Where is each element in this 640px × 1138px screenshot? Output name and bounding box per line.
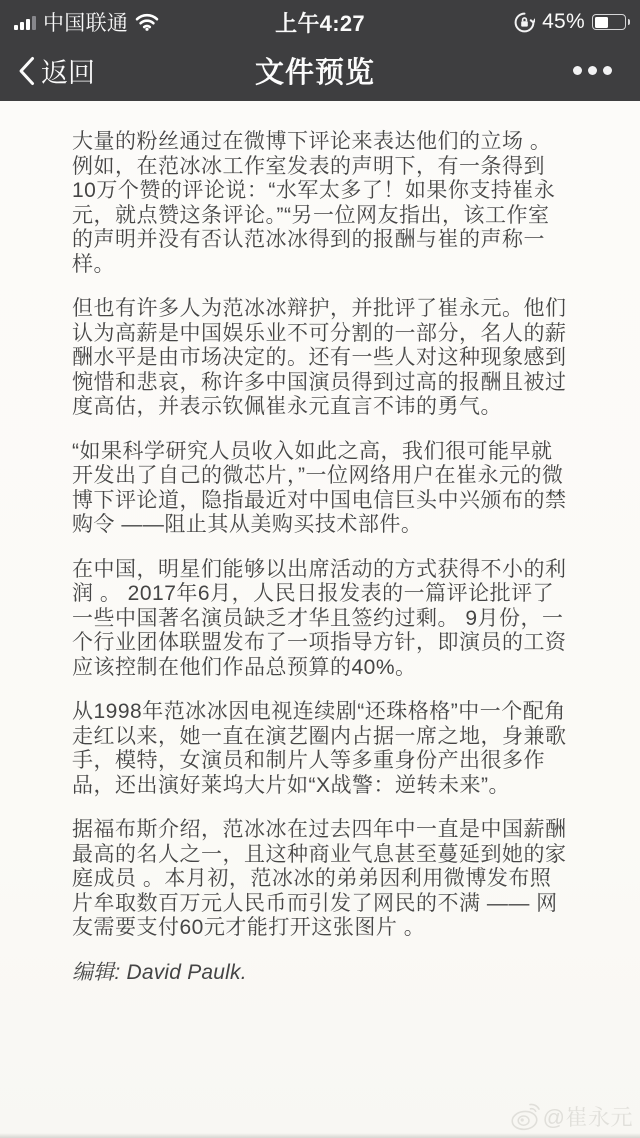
battery-percent-label: 45% [542,10,585,34]
cellular-signal-icon [14,15,36,30]
wifi-icon [135,13,159,31]
screen: 中国联通 上午4:27 45% [0,0,640,1138]
rotation-lock-icon [514,12,535,33]
document-paragraph: 据福布斯介绍，范冰冰在过去四年中一直是中国薪酬最高的名人之一，且这种商业气息甚至… [72,818,568,941]
carrier-label: 中国联通 [43,7,128,37]
chevron-left-icon [18,56,35,86]
back-button[interactable]: 返回 [18,51,255,90]
more-dots-icon [573,66,582,75]
nav-bar: 返回 文件预览 [0,40,640,101]
more-button[interactable] [375,66,622,75]
editor-credit-line: 编辑: David Paulk. [72,961,568,986]
document-paragraph: “如果科学研究人员收入如此之高，我们很可能早就开发出了自己的微芯片，”一位网络用… [72,440,568,538]
status-bar-right: 45% [365,10,626,34]
document-paragraph: 大量的粉丝通过在微博下评论来表达他们的立场 。例如，在范冰冰工作室发表的声明下，… [72,130,568,277]
document-paragraph: 在中国，明星们能够以出席活动的方式获得不小的利润 。 2017年6月，人民日报发… [72,558,568,681]
photo-bottom-edge [0,1133,640,1138]
status-bar-left: 中国联通 [14,7,275,37]
app-header: 中国联通 上午4:27 45% [0,0,640,101]
status-bar: 中国联通 上午4:27 45% [0,0,640,40]
document-paragraph: 从1998年范冰冰因电视连续剧“还珠格格”中一个配角走红以来，她一直在演艺圈内占… [72,700,568,798]
status-time: 上午4:27 [275,7,365,38]
back-button-label: 返回 [41,51,95,90]
weibo-watermark: @崔永元 [510,1101,633,1132]
battery-icon [592,14,626,30]
document-preview[interactable]: 大量的粉丝通过在微博下评论来表达他们的立场 。例如，在范冰冰工作室发表的声明下，… [0,101,640,1138]
weibo-logo-icon [510,1103,540,1131]
document-paragraph: 但也有许多人为范冰冰辩护，并批评了崔永元。他们认为高薪是中国娱乐业不可分割的一部… [72,297,568,420]
watermark-handle: @崔永元 [543,1101,633,1132]
page-title: 文件预览 [255,50,375,91]
